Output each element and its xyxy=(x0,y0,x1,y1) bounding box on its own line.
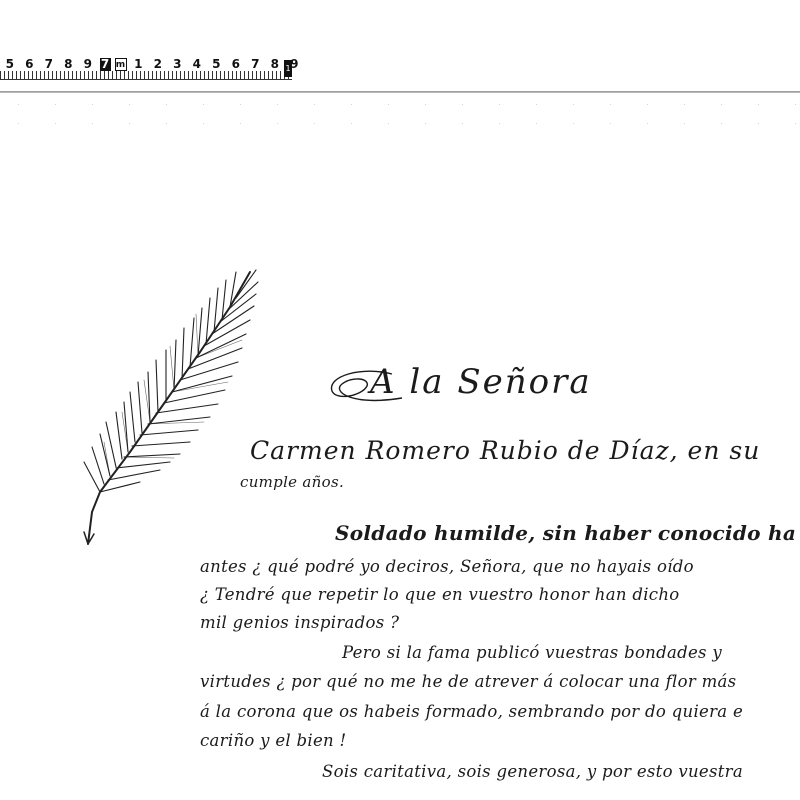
ruler-label-boxed: 7 xyxy=(100,58,111,71)
ruler-label: 7 xyxy=(246,58,266,71)
page-edge-line xyxy=(0,91,800,93)
ruler-label: 5 xyxy=(207,58,227,71)
paragraph2-line4: cariño y el bien ! xyxy=(200,731,346,750)
ruler-labels: 5 6 7 8 9 7 m 1 2 3 4 5 6 7 8 9 xyxy=(0,58,304,71)
ruler-label: 8 xyxy=(59,58,79,71)
ruler-label-unit: m xyxy=(115,58,127,71)
ruler-label: 7 xyxy=(39,58,59,71)
letter-title: A la Señora xyxy=(330,362,592,402)
palm-frond-icon xyxy=(70,262,280,552)
paragraph1-line2: antes ¿ qué podré yo deciros, Señora, qu… xyxy=(200,557,694,576)
ruler-label: 5 xyxy=(0,58,20,71)
ruler-end-mark: 1 xyxy=(284,60,292,77)
paragraph2-line2: virtudes ¿ por qué no me he de atrever á… xyxy=(200,672,736,691)
addressee-line-cont: cumple años. xyxy=(240,473,344,491)
paragraph2-line3: á la corona que os habeis formado, sembr… xyxy=(200,702,743,721)
paragraph1-line4: mil genios inspirados ? xyxy=(200,613,399,632)
ruler-label: 9 xyxy=(78,58,98,71)
ruler-label: 1 xyxy=(129,58,149,71)
paragraph2-line1: Pero si la fama publicó vuestras bondade… xyxy=(342,643,722,662)
paragraph1-line3: ¿ Tendré que repetir lo que en vuestro h… xyxy=(200,585,679,604)
measurement-ruler: 5 6 7 8 9 7 m 1 2 3 4 5 6 7 8 9 1 xyxy=(0,58,300,80)
paragraph1-line1: Soldado humilde, sin haber conocido ha xyxy=(335,521,796,545)
ruler-label: 6 xyxy=(20,58,40,71)
ruler-label: 3 xyxy=(168,58,188,71)
flourish-icon xyxy=(322,366,412,406)
scan-noise xyxy=(0,95,800,135)
addressee-line: Carmen Romero Rubio de Díaz, en su xyxy=(250,436,760,465)
ruler-label: 2 xyxy=(148,58,168,71)
ruler-label: 4 xyxy=(187,58,207,71)
ruler-label: 8 xyxy=(265,58,285,71)
paragraph3-line1: Sois caritativa, sois generosa, y por es… xyxy=(322,762,743,781)
ruler-label: 6 xyxy=(226,58,246,71)
ruler-ticks xyxy=(0,71,292,80)
